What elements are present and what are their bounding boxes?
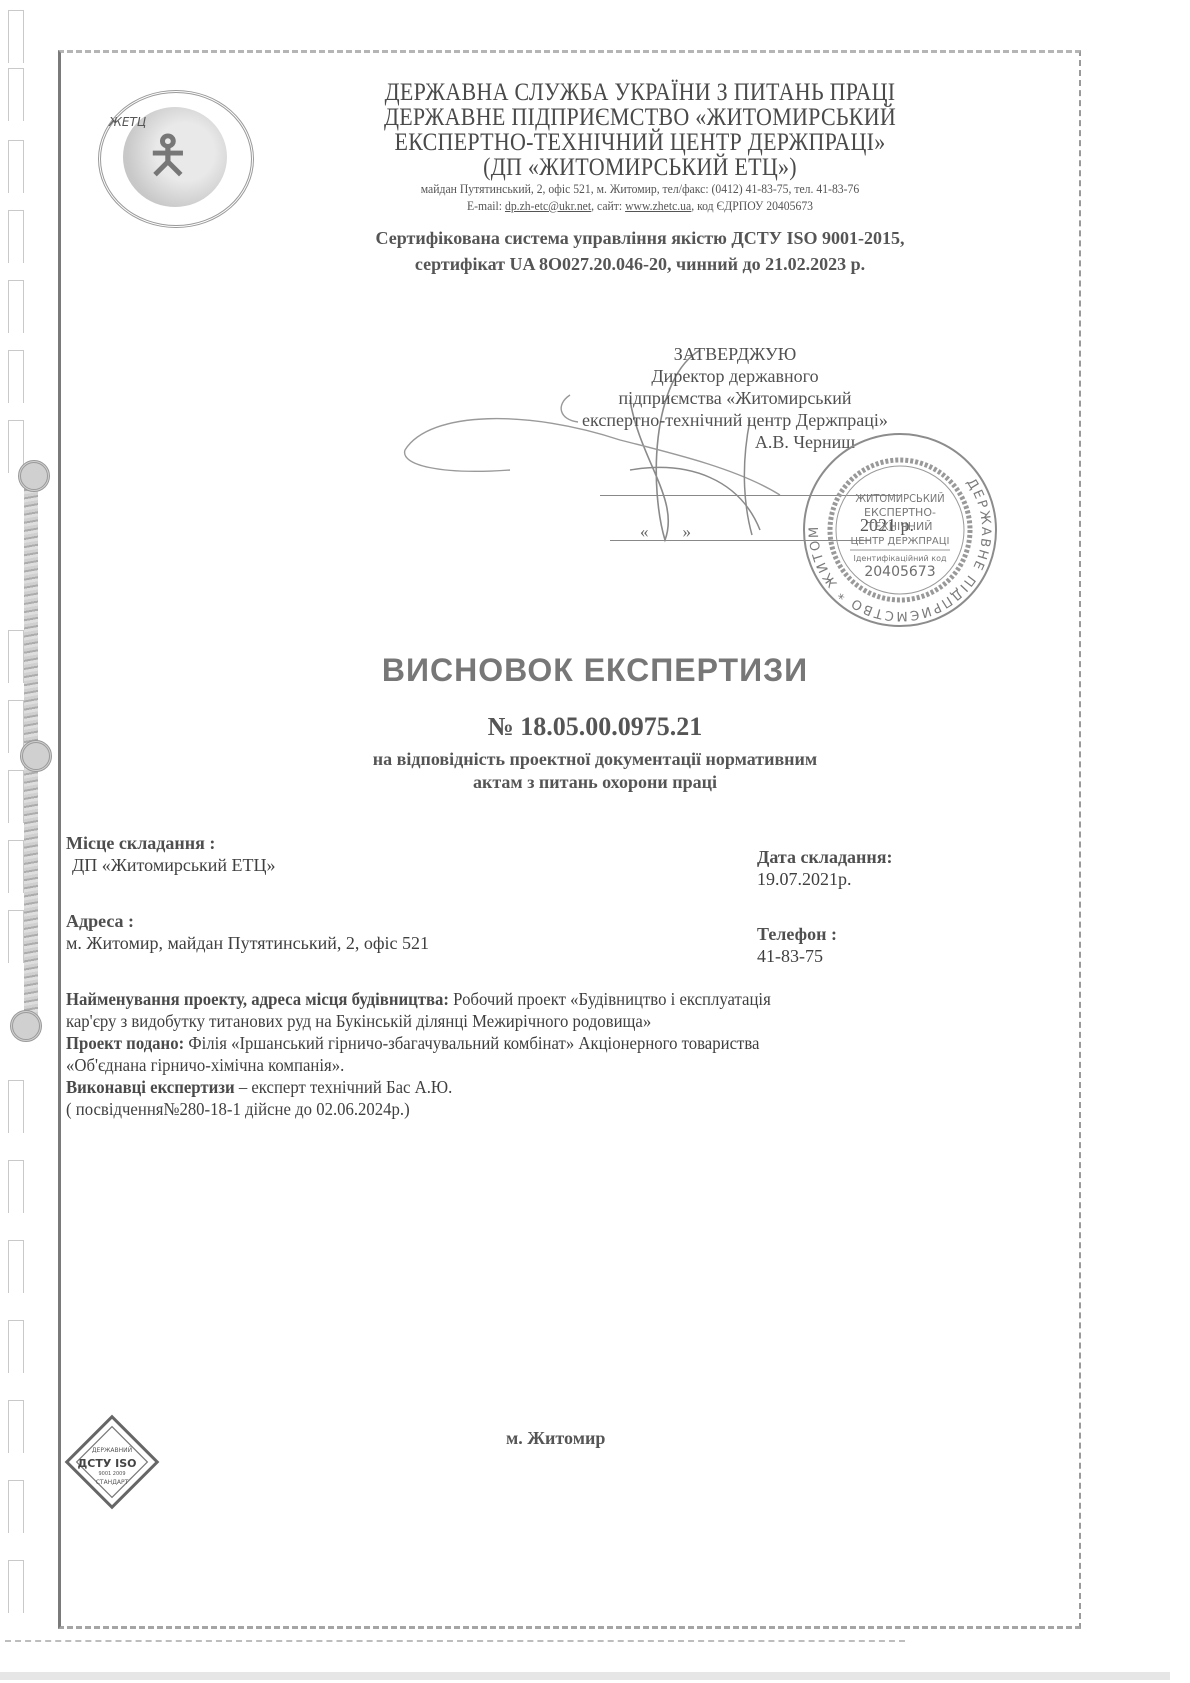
submitted-value: Філія «Іршанський гірничо-збагачувальний… (184, 1033, 759, 1053)
experts-value: – експерт технічний Бас А.Ю. (235, 1077, 453, 1097)
cert-line: сертифікат UA 8О027.20.046-20, чинний до… (330, 251, 950, 277)
date-open-quote: « (640, 522, 649, 541)
binder-tab (8, 1320, 24, 1373)
email-link[interactable]: dp.zh-etc@ukr.net (505, 198, 591, 213)
project-submitted: Проект подано: Філія «Іршанський гірничо… (66, 1032, 996, 1054)
date-value: 19.07.2021р. (757, 868, 893, 890)
binder-tab (8, 1560, 24, 1613)
address-field: Адреса : м. Житомир, майдан Путятинський… (66, 910, 429, 954)
binder-tab (8, 68, 24, 121)
submitted-value-cont: «Об'єднана гірничо-хімічна компанія». (66, 1054, 996, 1076)
binder-tab (8, 350, 24, 403)
svg-text:ТЕХНІЧНИЙ: ТЕХНІЧНИЙ (867, 520, 933, 533)
binder-tab (8, 1080, 24, 1133)
phone-label: Телефон : (757, 923, 837, 945)
svg-text:ЦЕНТР ДЕРЖПРАЦІ: ЦЕНТР ДЕРЖПРАЦІ (851, 536, 950, 547)
cord-knot (10, 1010, 42, 1042)
approval-date: « » (640, 522, 691, 542)
submitted-label: Проект подано: (66, 1033, 184, 1053)
svg-text:20405673: 20405673 (864, 564, 935, 580)
site-label: , сайт: (591, 198, 622, 213)
svg-text:ЕКСПЕРТНО-: ЕКСПЕРТНО- (864, 506, 936, 519)
cord-knot (18, 460, 50, 492)
site-link[interactable]: www.zhetc.ua (625, 198, 691, 213)
letterhead: ДЕРЖАВНА СЛУЖБА УКРАЇНИ З ПИТАНЬ ПРАЦІ Д… (300, 80, 980, 214)
subtitle-line: актам з питань охорони праці (0, 771, 1190, 794)
approval-title: ЗАТВЕРДЖУЮ (540, 343, 930, 365)
binder-tab (8, 1480, 24, 1533)
place-label: Місце складання : (66, 832, 276, 854)
letterhead-line: (ДП «ЖИТОМИРСЬКИЙ ЕТЦ») (341, 155, 939, 180)
person-figure-icon: 🯅 (145, 117, 191, 206)
svg-text:9001 2009: 9001 2009 (98, 1471, 125, 1477)
scan-edge-shade (0, 1672, 1170, 1680)
binder-tab (8, 1400, 24, 1453)
address-value: м. Житомир, майдан Путятинський, 2, офіс… (66, 932, 429, 954)
iso-stamp: ДЕРЖАВНИЙ ДСТУ ISO 9001 2009 СТАНДАРТ (62, 1412, 162, 1512)
approver-position: підприємства «Житомирський (540, 387, 930, 409)
binder-tab (8, 140, 24, 193)
experts-label: Виконавці експертизи (66, 1077, 235, 1097)
contact-online: E-mail: dp.zh-etc@ukr.net, сайт: www.zhe… (334, 197, 946, 214)
document-subtitle: на відповідність проектної документації … (0, 748, 1190, 794)
logo-text: ЖЕТЦ (109, 115, 146, 129)
svg-text:СТАНДАРТ: СТАНДАРТ (96, 1479, 129, 1486)
expert-certificate: ( посвідчення№280-18-1 дійсне до 02.06.2… (66, 1098, 996, 1120)
project-name-value: Робочий проект «Будівництво і експлуатац… (449, 989, 771, 1009)
svg-text:ДСТУ ISO: ДСТУ ISO (77, 1457, 136, 1470)
subtitle-line: на відповідність проектної документації … (0, 748, 1190, 771)
binder-tab (8, 910, 24, 963)
svg-text:ЖИТОМИРСЬКИЙ: ЖИТОМИРСЬКИЙ (855, 492, 944, 505)
org-code: , код ЄДРПОУ 20405673 (691, 198, 813, 213)
approver-position: Директор державного (540, 365, 930, 387)
email-label: E-mail: (467, 198, 502, 213)
date-label: Дата складання: (757, 846, 893, 868)
certification-note: Сертифікована система управління якістю … (330, 225, 950, 277)
cert-line: Сертифікована система управління якістю … (330, 225, 950, 251)
letterhead-line: ДЕРЖАВНЕ ПІДПРИЄМСТВО «ЖИТОМИРСЬКИЙ (341, 105, 939, 130)
binder-tab (8, 210, 24, 263)
document-title: ВИСНОВОК ЕКСПЕРТИЗИ (0, 652, 1190, 689)
city: м. Житомир (506, 1428, 605, 1449)
approver-position: експертно-технічний центр Держпраці» (540, 409, 930, 431)
phone-field: Телефон : 41-83-75 (757, 923, 837, 967)
place-field: Місце складання : ДП «Житомирський ЕТЦ» (66, 832, 276, 876)
project-name: Найменування проекту, адреса місця будів… (66, 988, 996, 1010)
date-field: Дата складання: 19.07.2021р. (757, 846, 893, 890)
project-experts: Виконавці експертизи – експерт технічний… (66, 1076, 996, 1098)
phone-value: 41-83-75 (757, 945, 837, 967)
letterhead-line: ЕКСПЕРТНО-ТЕХНІЧНИЙ ЦЕНТР ДЕРЖПРАЦІ» (341, 130, 939, 155)
binder-tab (8, 840, 24, 893)
document-number: № 18.05.00.0975.21 (0, 712, 1190, 742)
letterhead-line: ДЕРЖАВНА СЛУЖБА УКРАЇНИ З ПИТАНЬ ПРАЦІ (341, 80, 939, 105)
svg-text:ДЕРЖАВНИЙ: ДЕРЖАВНИЙ (92, 1447, 132, 1454)
address-label: Адреса : (66, 910, 429, 932)
organization-logo: ЖЕТЦ 🯅 (98, 90, 254, 228)
official-seal: ДЕРЖАВНЕ ПІДПРИЄМСТВО * ЖИТОМИР * ЖИТОМИ… (800, 430, 1000, 630)
binder-tab (8, 1160, 24, 1213)
binder-tab (8, 280, 24, 333)
date-close-quote: » (683, 522, 692, 541)
project-name-value-cont: кар'єру з видобутку титанових руд на Бук… (66, 1010, 996, 1032)
binder-tab (8, 1240, 24, 1293)
project-name-label: Найменування проекту, адреса місця будів… (66, 989, 449, 1009)
scan-edge-line (5, 1640, 905, 1642)
place-value: ДП «Житомирський ЕТЦ» (66, 854, 276, 876)
binder-tab (8, 10, 24, 63)
contact-address: майдан Путятинський, 2, офіс 521, м. Жит… (334, 180, 946, 197)
svg-text:Ідентифікаційний код: Ідентифікаційний код (854, 554, 947, 563)
project-details: Найменування проекту, адреса місця будів… (66, 988, 996, 1120)
